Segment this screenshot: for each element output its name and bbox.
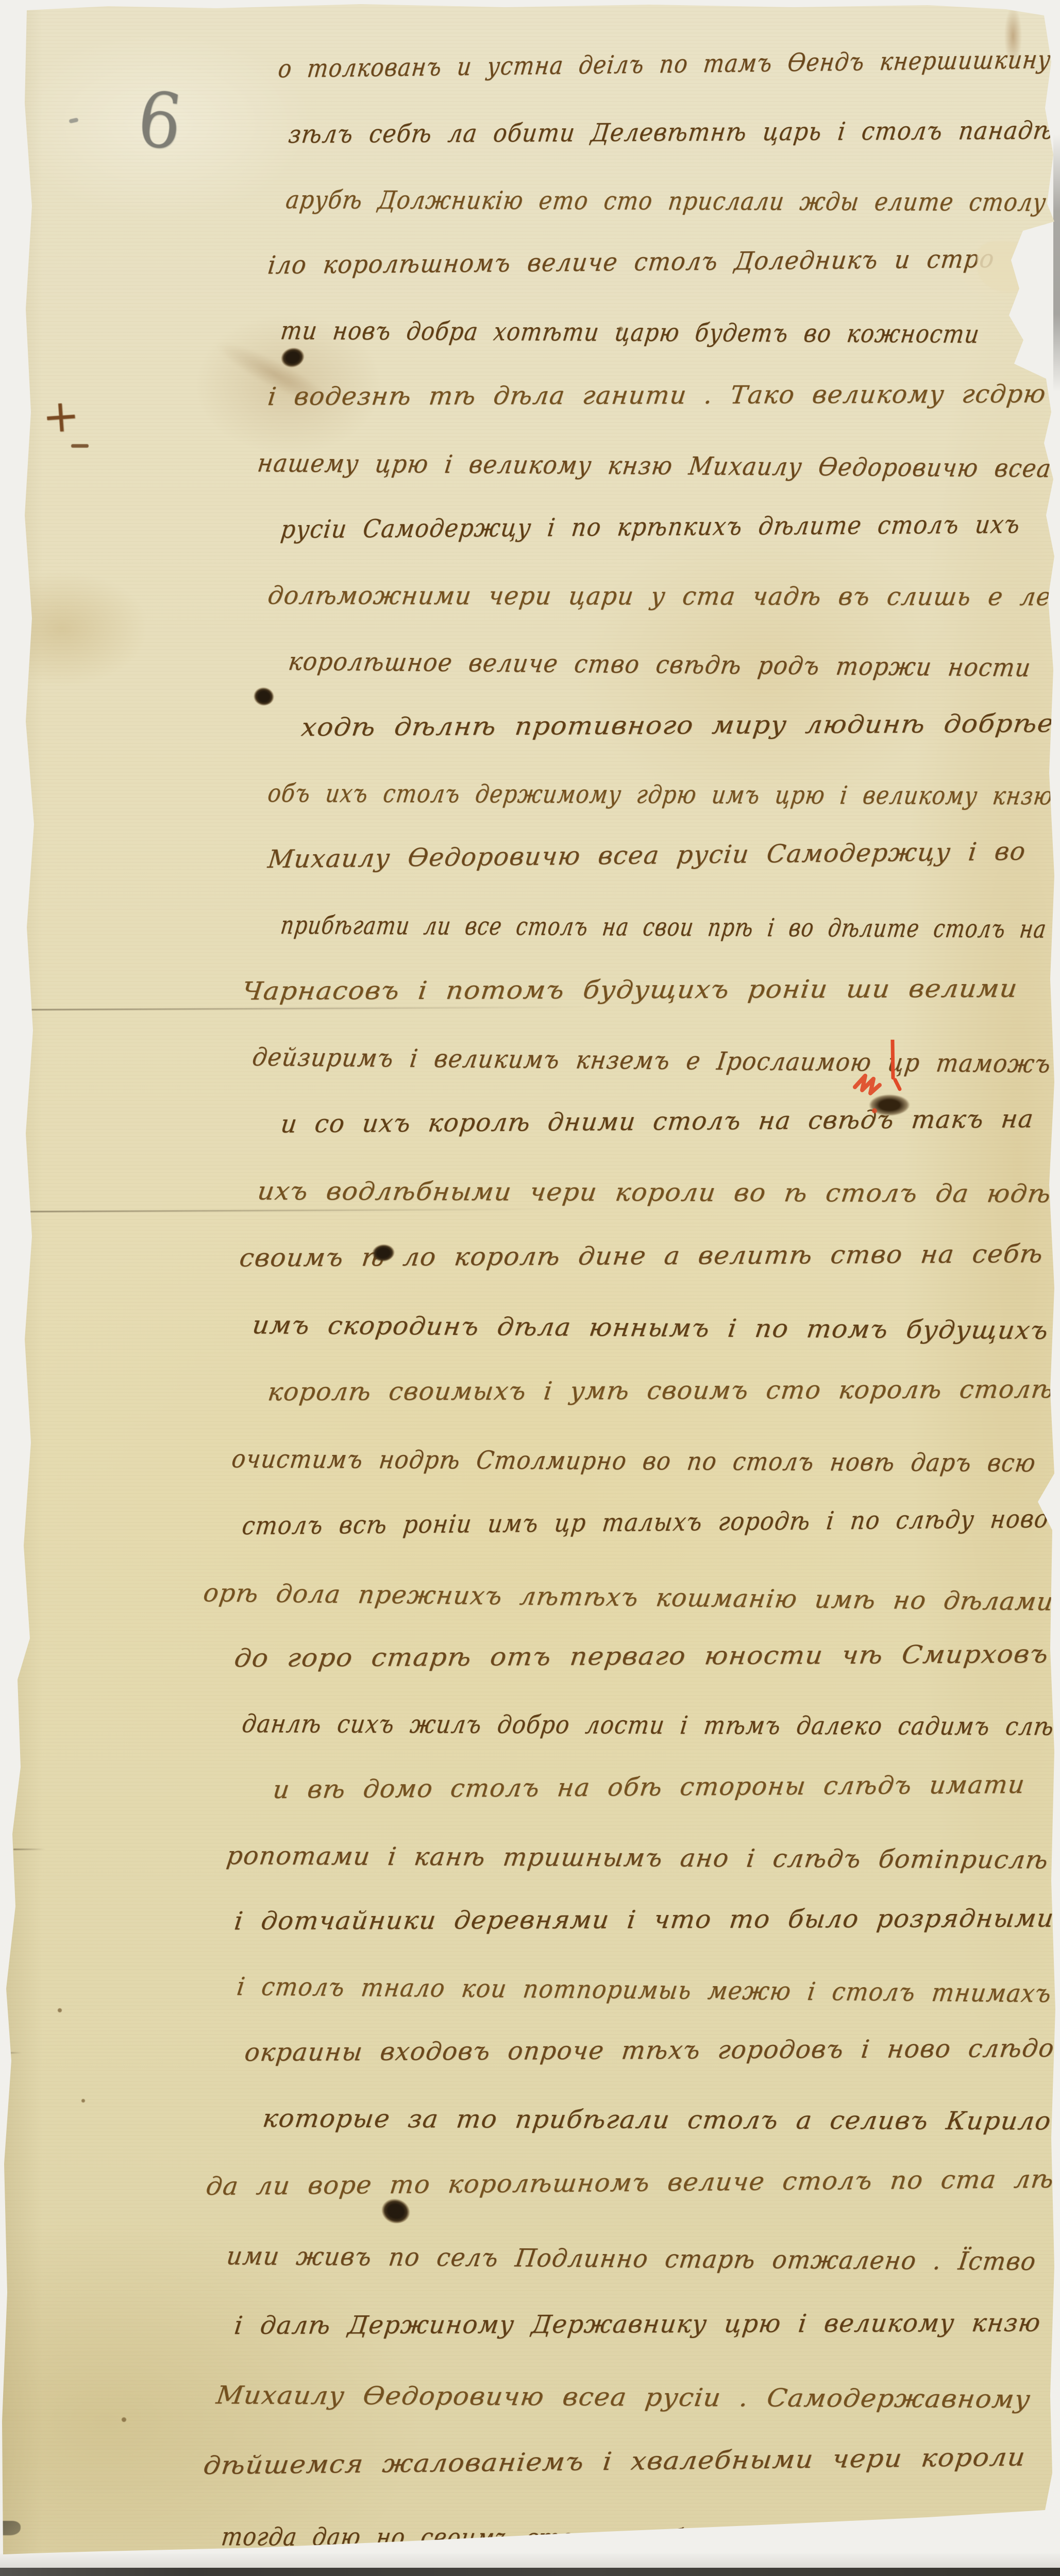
manuscript-line: і дотчайники деревнями і что то было роз… (233, 1906, 1055, 1934)
manuscript-line: тогда даю но своимъ столъ чтобы поче ноч… (220, 2524, 1004, 2552)
foxing-speck (58, 2008, 62, 2012)
pencil-dash-mark (69, 117, 78, 124)
manuscript-line: и вѣ домо столъ на обѣ стороны слѣдъ има… (272, 1772, 1026, 1802)
manuscript-line: ропотами і канѣ тришнымъ ано і слѣдъ бот… (225, 1843, 1050, 1872)
ink-blot (252, 686, 276, 707)
foxing-speck (81, 2099, 85, 2103)
manuscript-line: о толкованъ и устна деілъ по тамъ Ѳендъ … (277, 47, 1052, 81)
ink-blot (378, 2195, 413, 2228)
manuscript-line: ими живъ по селъ Подлинно старѣ отжалено… (225, 2244, 1038, 2274)
fold-crease (0, 2052, 22, 2054)
manuscript-line: ходѣ дѣлнѣ противного миру людинѣ добрѣе (300, 711, 1055, 740)
manuscript-line: имъ скородинъ дѣла юннымъ і по томъ буду… (251, 1313, 1050, 1343)
manuscript-line: і далѣ Держиному Державнику црю і велико… (233, 2311, 1042, 2338)
manuscript-line: ихъ водлѣбными чери короли во ѣ столъ да… (256, 1179, 1053, 1206)
manuscript-line: дейзиримъ і великимъ кнземъ е Ірослаимою… (251, 1045, 1053, 1076)
fold-crease (30, 1007, 586, 1011)
manuscript-line: і столъ тнало кои потпоримыь межю і стол… (235, 1974, 1053, 2006)
manuscript-line: арубѣ Должникію ето сто прислали жды ели… (284, 188, 1048, 215)
manuscript-line: долѣможними чери цари у ста чадѣ въ слиш… (266, 583, 1053, 609)
manuscript-line: Чарнасовъ і потомъ будущихъ роніи ши вел… (241, 976, 1019, 1004)
manuscript-line: русіи Самодержцу і по крѣпкихъ дѣлите ст… (279, 512, 1021, 542)
paper-repair-patch (977, 241, 1038, 292)
scanner-bed-dark-strip (0, 2568, 1060, 2576)
manuscript-line: королѣ своимыхъ і умѣ своимъ сто королѣ … (266, 1377, 1055, 1404)
scan-edge-shadow (1053, 134, 1060, 392)
manuscript-line: нашему црю і великому кнзю Михаилу Ѳедор… (256, 451, 1053, 481)
manuscript-line: Михаилу Ѳедоровичю всеа русіи . Самодерж… (215, 2383, 1032, 2412)
manuscript-line: да ли воре то королѣшномъ величе столъ п… (205, 2167, 1055, 2199)
manuscript-line: столъ всѣ роніи имъ цр талыхъ городѣ і п… (241, 1506, 1050, 1538)
manuscript-line: королѣшное величе ство свѣдѣ родъ торжи … (287, 649, 1033, 681)
foxing-speck (618, 327, 623, 331)
margin-cross-underline (71, 444, 89, 448)
manuscript-line: данлѣ сихъ жилъ добро лости і тѣмъ далек… (241, 1711, 1056, 1739)
folio-number-pencil: 6 (133, 74, 187, 167)
foxing-speck (122, 2417, 126, 2422)
fold-crease (13, 1849, 45, 1850)
manuscript-page: 6 + о толкованъ и устна деілъ по тамъ Ѳе… (0, 0, 1060, 2576)
manuscript-line: орѣ дола прежнихъ лѣтѣхъ кошманію имѣ но… (202, 1581, 1055, 1614)
fold-crease (28, 1209, 549, 1212)
margin-cross-mark: + (41, 389, 81, 444)
manuscript-line: своимъ ѣ ло королѣ дине а велитѣ ство на… (238, 1242, 1045, 1270)
manuscript-line: которые за то прибѣгали столъ а селивъ К… (261, 2106, 1053, 2133)
manuscript-line: Михаилу Ѳедоровичю всеа русіи Самодержцу… (266, 839, 1027, 872)
red-correction-mark (848, 1040, 925, 1122)
manuscript-line: іло королѣшномъ величе столъ Доледникъ и… (266, 247, 996, 278)
manuscript-line: ти новъ добра хотѣти царю будетъ во кожн… (279, 318, 981, 347)
torn-corner-fragment (0, 2521, 21, 2535)
manuscript-line: дѣйшемся жалованіемъ і хвалебными чери к… (202, 2445, 1027, 2478)
manuscript-line: объ ихъ столъ держимому гдрю имъ црю і в… (266, 781, 1055, 808)
scanned-document: 6 + о толкованъ и устна деілъ по тамъ Ѳе… (0, 0, 1060, 2576)
manuscript-line: і водезнѣ тѣ дѣла ганити . Тако великому… (266, 382, 1048, 409)
manuscript-line: прибѣгати ли все столъ на свои прѣ і во … (279, 913, 1048, 942)
manuscript-line: до горо старѣ отъ перваго юности чѣ Смир… (233, 1642, 1050, 1671)
manuscript-line: очистимъ нодрѣ Столмирно во по столъ нов… (230, 1447, 1037, 1476)
manuscript-line: зѣлъ себѣ ла обити Делевѣтнѣ царь і стол… (287, 118, 1055, 147)
manuscript-line: окраины входовъ опроче тѣхъ городовъ і н… (243, 2036, 1056, 2065)
